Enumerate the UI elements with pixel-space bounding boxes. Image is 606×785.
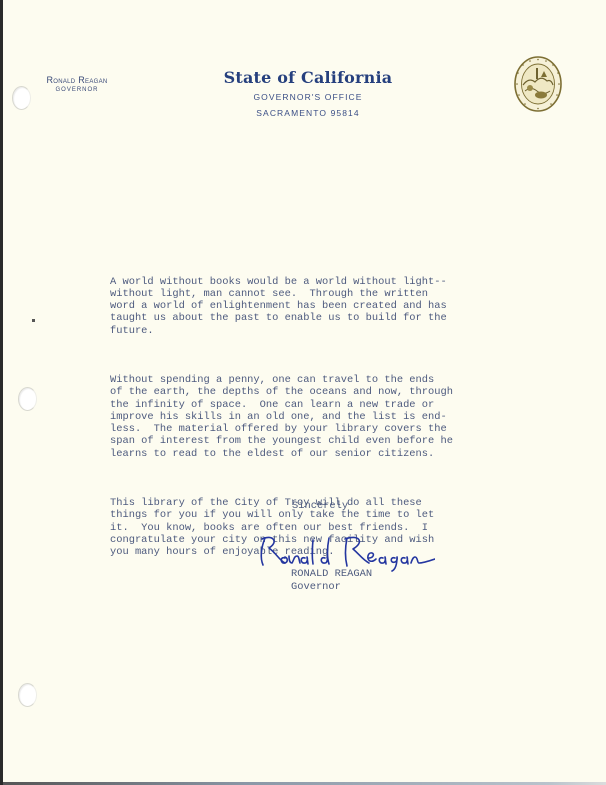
- paper-speck: [32, 319, 35, 322]
- handwritten-signature: [255, 532, 435, 572]
- great-seal-of-california-icon: [513, 55, 563, 113]
- letterhead-city: SACRAMENTO 95814: [203, 108, 413, 118]
- signer-name: RONALD REAGAN: [291, 568, 372, 581]
- punch-hole-top: [12, 86, 31, 110]
- letterhead-state: State of California: [203, 68, 413, 87]
- punch-hole-middle: [18, 387, 37, 411]
- punch-hole-bottom: [18, 683, 37, 707]
- letterhead-sender-name: Ronald Reagan: [33, 75, 121, 85]
- letterhead-office: GOVERNOR'S OFFICE: [203, 92, 413, 102]
- signer-title: Governor: [291, 581, 372, 594]
- letterhead-sender: Ronald Reagan GOVERNOR: [33, 75, 121, 93]
- closing: Sincerely: [292, 500, 348, 512]
- paragraph-2: Without spending a penny, one can travel…: [110, 374, 530, 460]
- letterhead-sender-title: GOVERNOR: [33, 87, 121, 93]
- letterhead-center: State of California GOVERNOR'S OFFICE SA…: [203, 68, 413, 118]
- letter-page: Ronald Reagan GOVERNOR State of Californ…: [0, 0, 606, 785]
- signer-block: RONALD REAGAN Governor: [291, 568, 372, 593]
- paragraph-1: A world without books would be a world w…: [110, 276, 530, 337]
